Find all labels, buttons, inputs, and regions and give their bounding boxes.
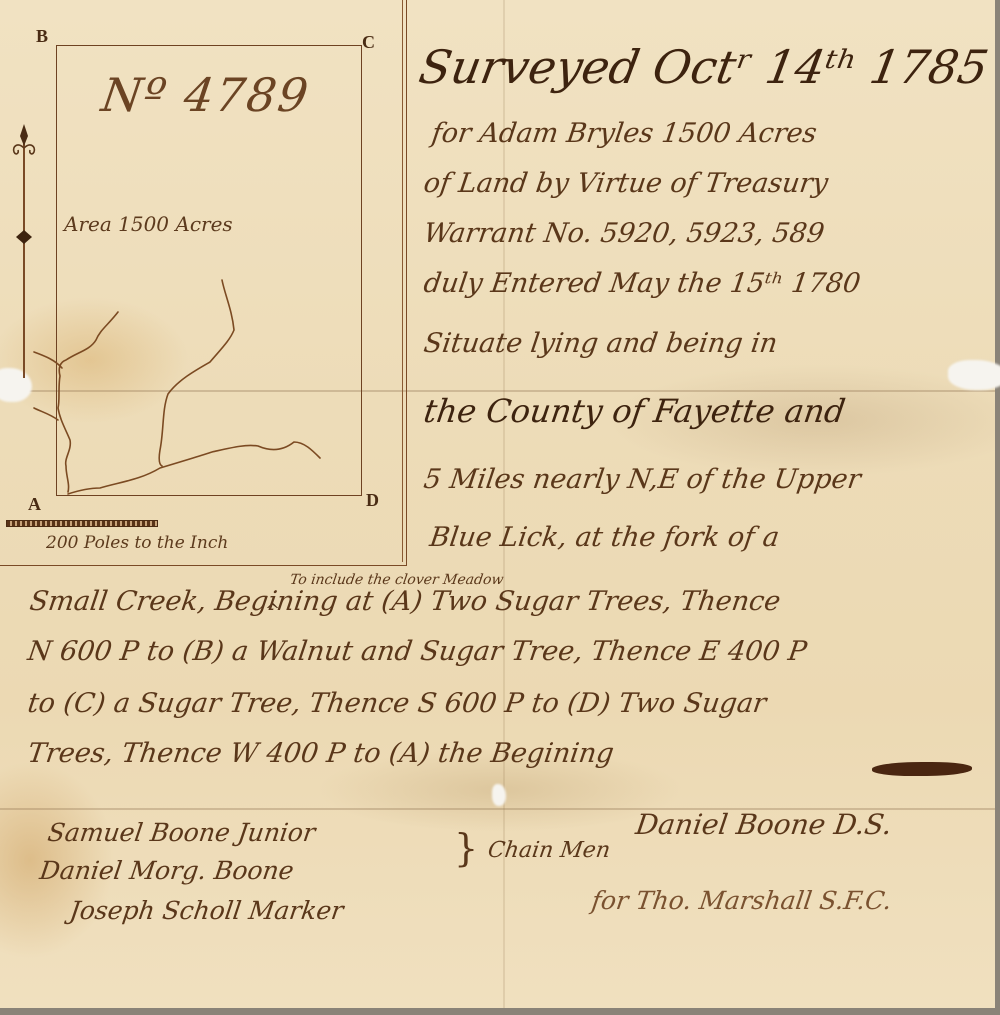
plat-area: Area 1500 Acres	[64, 212, 233, 236]
compass-diamond-icon	[16, 230, 32, 244]
corner-label-c: C	[362, 32, 375, 53]
chain-men-label: Chain Men	[486, 838, 612, 863]
body-line-1: for Adam Bryles 1500 Acres	[430, 118, 819, 149]
body-line-12: Trees, Thence W 400 P to (A) the Beginin…	[26, 738, 616, 769]
plat-number: Nº 4789	[98, 68, 313, 122]
chain-man-2: Daniel Morg. Boone	[38, 856, 296, 885]
fleur-de-lis-icon	[10, 122, 38, 166]
body-line-6: the County of Fayette and	[421, 392, 847, 430]
body-line-8: Blue Lick, at the fork of a	[428, 522, 781, 553]
creek-map	[0, 270, 420, 500]
paper-tear	[492, 784, 506, 806]
survey-document: B C A D Nº 4789 Area 1500 Acres 200 Pole…	[0, 0, 995, 1008]
body-line-3: Warrant No. 5920, 5923, 589	[422, 218, 826, 249]
body-line-11: to (C) a Sugar Tree, Thence S 600 P to (…	[26, 688, 768, 719]
scale-label: 200 Poles to the Inch	[46, 533, 228, 553]
brace: }	[454, 826, 478, 870]
marker-signature: Joseph Scholl Marker	[68, 896, 345, 925]
body-line-4: duly Entered May the 15ᵗʰ 1780	[422, 268, 863, 299]
corner-label-b: B	[36, 26, 48, 47]
body-line-9: Small Creek, Begining at (A) Two Sugar T…	[28, 586, 783, 617]
chain-man-1: Samuel Boone Junior	[46, 818, 317, 847]
body-line-7: 5 Miles nearly N,E of the Upper	[422, 464, 863, 495]
body-line-10: N 600 P to (B) a Walnut and Sugar Tree, …	[26, 636, 809, 667]
surveyor-signature: Daniel Boone D.S.	[634, 808, 894, 841]
ink-blot	[872, 762, 972, 776]
body-line-5: Situate lying and being in	[422, 328, 780, 359]
deputy-signature: for Tho. Marshall S.F.C.	[590, 886, 894, 915]
paper-tear	[948, 360, 1000, 390]
survey-title: Surveyed Octʳ 14ᵗʰ 1785	[415, 40, 992, 94]
scale-bar	[6, 520, 158, 527]
body-line-2: of Land by Virtue of Treasury	[422, 168, 830, 199]
